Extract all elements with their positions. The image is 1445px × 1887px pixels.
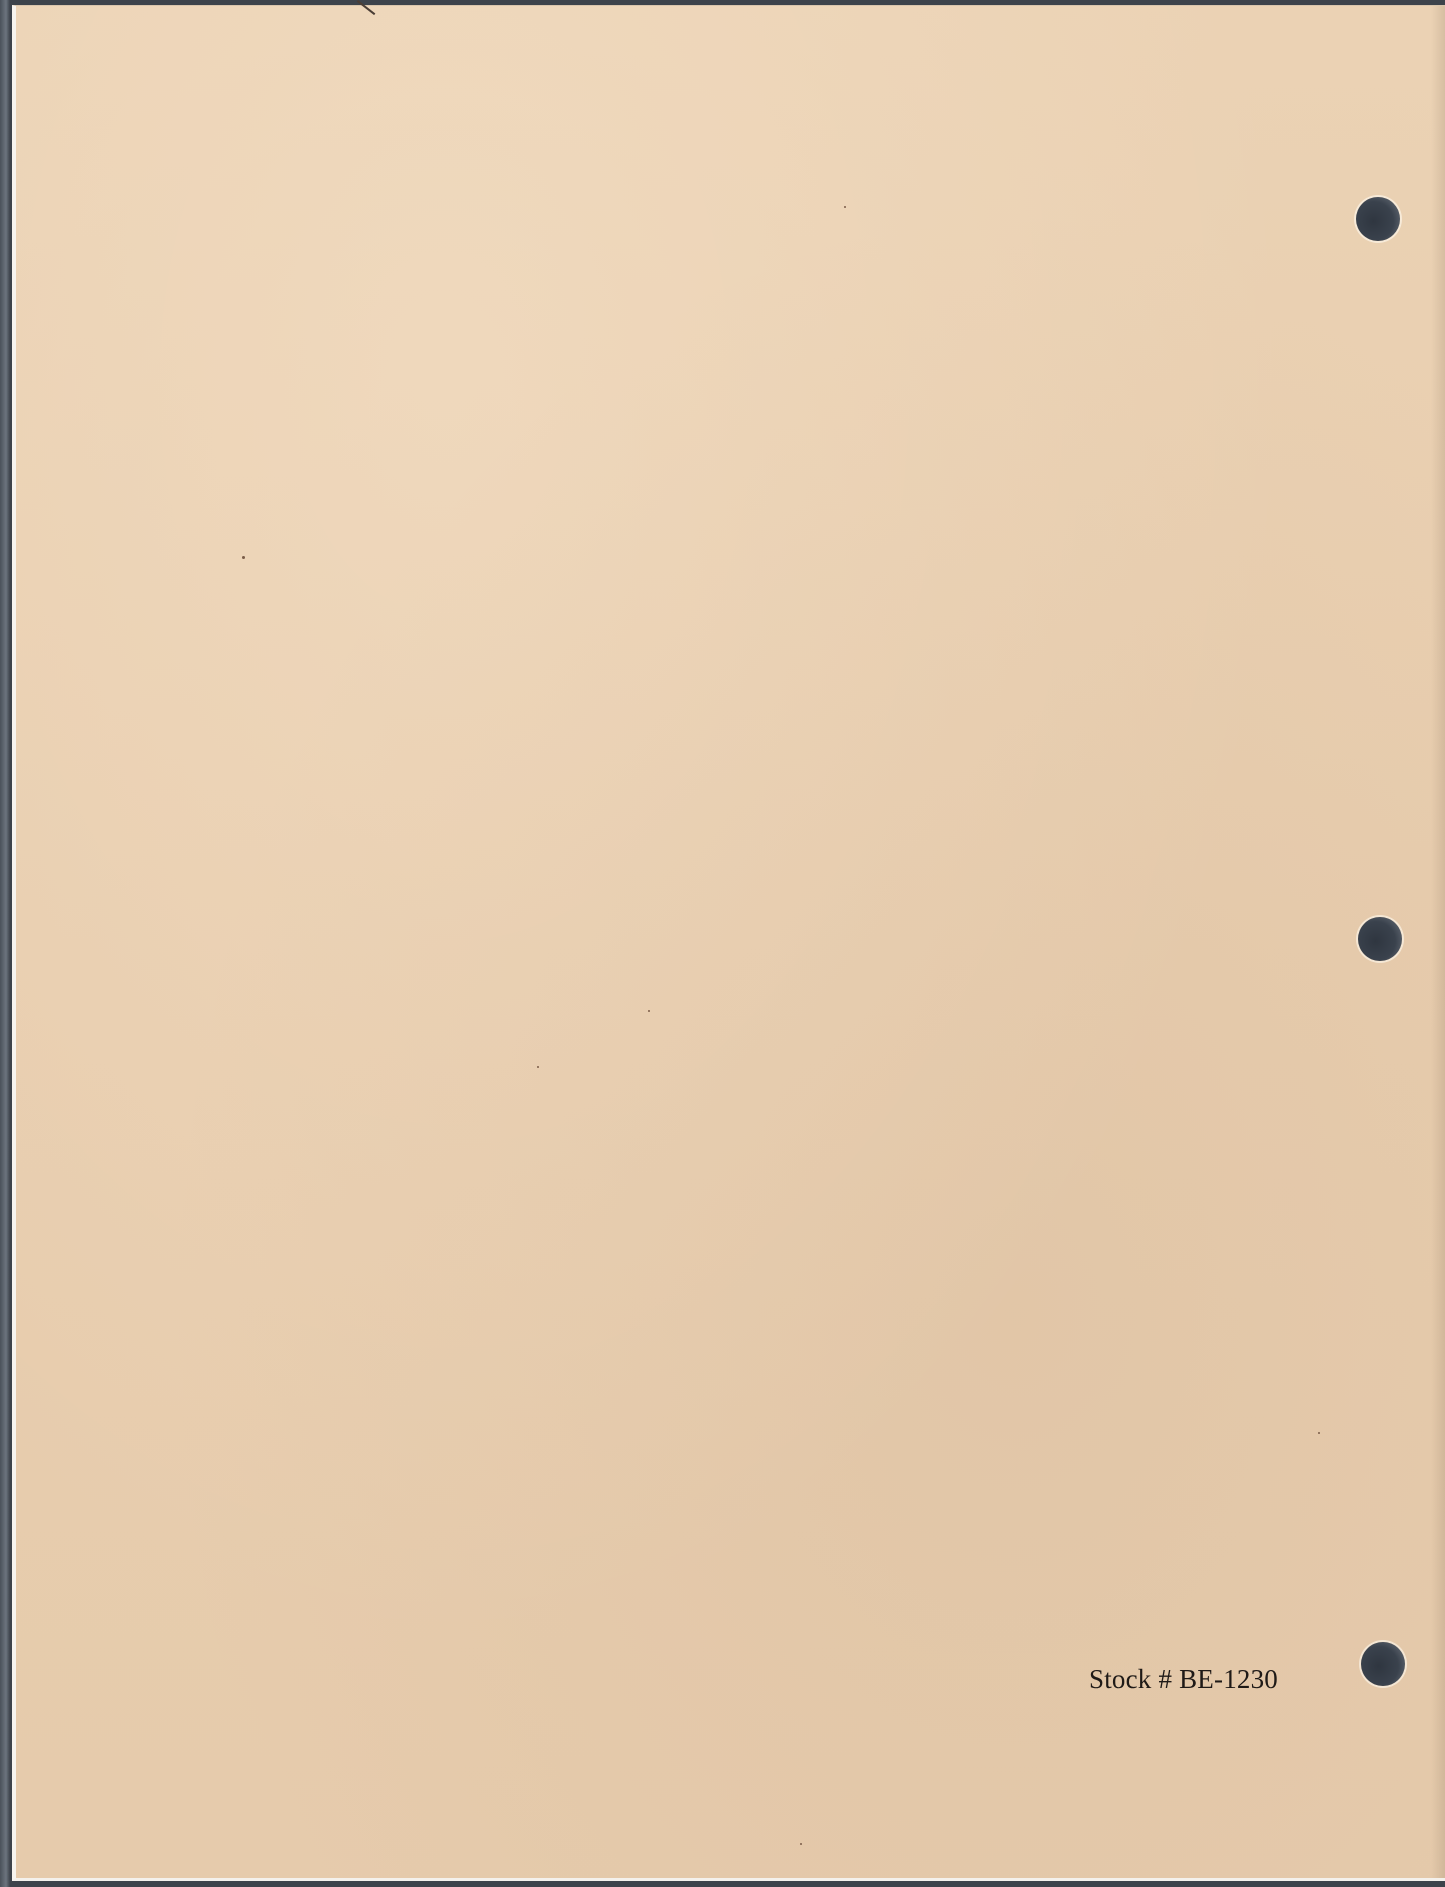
paper-speck [648, 1010, 650, 1012]
back-cover-page [12, 5, 1445, 1881]
punch-hole-bottom [1361, 1642, 1405, 1686]
paper-speck [537, 1066, 539, 1068]
paper-speck [242, 556, 245, 559]
paper-speck [844, 206, 846, 208]
punch-hole-top [1356, 197, 1400, 241]
paper-speck [800, 1843, 802, 1845]
stock-number-label: Stock # BE-1230 [1089, 1664, 1278, 1695]
page-edge-shadow [1431, 6, 1445, 1878]
punch-hole-middle [1358, 917, 1402, 961]
paper-speck [1318, 1432, 1320, 1434]
